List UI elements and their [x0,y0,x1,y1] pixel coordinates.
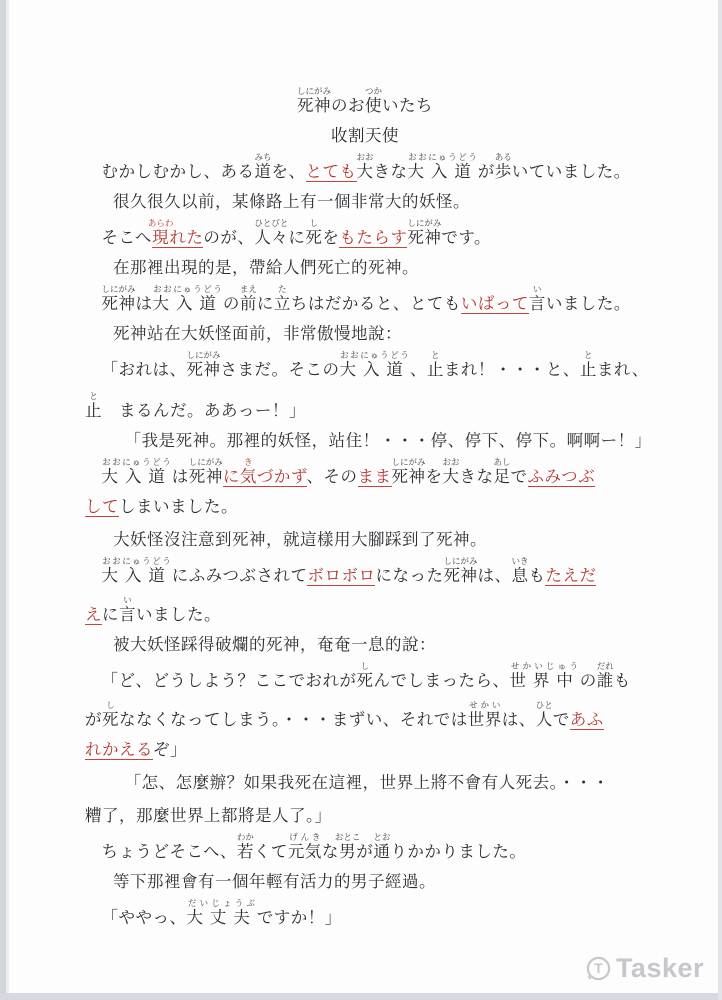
text-segment: 死神站在大妖怪面前，非常傲慢地說： [113,324,402,343]
text-segment: 死し [305,228,322,247]
text-segment: のお [331,96,365,115]
text-segment: を [426,467,443,486]
text-segment: 死神しにがみ [392,467,426,486]
highlighted-text: 現あらわ [152,228,170,248]
text-line-cn: 「怎、怎麼辦？如果我死在這裡，世界上將不會有人死去。・・・ [85,766,645,799]
text-segment: くて [254,842,288,861]
text-segment: 「我是死神。那裡的妖怪，站住！・・・停、停下、停下。啊啊ー！」 [125,431,652,450]
text-line-jp: 大入道おおにゅうどうにふみつぶされてボロボロになった死神しにがみは、息いきもたえ… [85,556,645,589]
text-segment: で [511,467,528,486]
text-segment: いました。 [136,605,221,624]
page-right-edge [718,0,722,1000]
page-bottom-edge [0,993,722,1000]
text-line-cn: 死神站在大妖怪面前，非常傲慢地說： [85,317,645,350]
text-segment: んでしまったら、 [374,671,510,690]
text-segment: も [614,671,631,690]
text-segment: 大入道おおにゅうどう [340,360,410,379]
highlighted-text: まま [358,467,392,487]
text-line-jp: が死しななくなってしまう。・・・まずい、それでは世界せかいは、人ひとであふ [85,700,645,733]
svg-text:T: T [594,961,603,976]
text-line-cn: 在那裡出現的是，帶給人們死亡的死神。 [85,251,645,284]
text-segment: きな [374,162,408,181]
text-segment: 死し [357,671,374,690]
highlighted-text: づかず [257,467,307,487]
text-segment: を [322,228,339,247]
highlighted-text: とても [306,162,357,182]
text-segment: は、 [477,566,511,585]
text-segment: 止と [580,360,597,379]
text-segment: は [172,467,189,486]
text-segment: の [580,671,597,690]
text-segment: 男おとこ [339,842,357,861]
text-segment: 死し [102,710,119,729]
text-segment: 元気げんき [288,842,322,861]
text-segment: 止と [427,360,444,379]
text-segment: いていました。 [512,162,631,181]
text-line-cn: 很久很久以前，某條路上有一個非常大的妖怪。 [85,185,645,218]
highlighted-text: もたらす [339,228,407,248]
text-segment: 大おお [443,467,460,486]
text-segment: に [257,294,274,313]
text-segment: 息いき [511,566,528,585]
text-line-jp: 止と まるんだ。ああっー！」 [85,391,645,424]
text-segment: 死神しにがみ [102,294,136,313]
highlighted-text: ふみつぶ [528,467,596,487]
text-segment: 人々ひとびと [254,228,288,247]
highlighted-text: れた [169,228,203,248]
highlighted-text: 気き [240,467,257,487]
text-segment: 、 [410,360,427,379]
text-segment: 誰だれ [597,671,614,690]
text-segment: 很久很久以前，某條路上有一個非常大的妖怪。 [113,192,470,211]
text-segment: さまだ。そこの [221,360,340,379]
text-segment: まれ！・・・と、 [444,360,580,379]
text-segment: 大おお [357,162,374,181]
text-line-jp: してしまいました。 [85,490,645,523]
text-segment: 「怎、怎麼辦？如果我死在這裡，世界上將不會有人死去。・・・ [125,773,610,792]
text-segment: ちょうどそこへ、 [102,842,237,861]
text-segment: 「おれは、 [102,360,187,379]
text-segment: いたち [382,96,433,115]
text-segment: ななくなってしまう。・・・まずい、それでは [119,710,468,729]
text-line-jp: 「おれは、死神しにがみさまだ。そこの大入道おおにゅうどう、止とまれ！・・・と、止… [85,350,645,383]
text-segment: 歩ある [495,162,512,181]
text-segment: 糟了，那麼世界上都將是人了。」 [85,806,332,825]
text-segment: きな [460,467,494,486]
text-segment: 死神しにがみ [297,96,331,115]
text-segment: は [136,294,153,313]
text-line-jp: そこへ現あらわれたのが、人々ひとびとに死しをもたらす死神しにがみです。 [85,218,645,251]
text-segment: です。 [441,228,491,247]
text-segment: 大入道おおにゅうどう [408,162,478,181]
text-line-jp: 「ややっ、大丈夫だいじょうぶですか！」 [85,898,645,931]
text-segment: 立た [274,294,291,313]
highlighted-text: して [85,497,119,517]
text-line-subtitle: 收割天使 [85,119,645,152]
text-segment: に [288,228,305,247]
text-segment: 死神しにがみ [189,467,223,486]
text-segment: 世界中せかいじゅう [510,671,580,690]
text-segment: 世界せかい [468,710,502,729]
text-segment: の [223,294,240,313]
text-line-jp: ちょうどそこへ、若わかくて元気げんきな男おとこが通とおりかかりました。 [85,832,645,865]
text-segment: 、その [307,467,358,486]
text-segment: 若わか [237,842,254,861]
text-segment: 大入道おおにゅうどう [102,467,172,486]
text-line-cn: 糟了，那麼世界上都將是人了。」 [85,799,645,832]
text-segment: が [85,710,102,729]
text-line-cn: 被大妖怪踩得破爛的死神，奄奄一息的說： [85,628,645,661]
text-segment: も [528,566,545,585]
text-segment: 大丈夫だいじょうぶ [187,908,257,927]
highlighted-text: れかえる [85,740,153,760]
text-line-jp: 大入道おおにゅうどうは死神しにがみに気きづかず、そのまま死神しにがみを大おおきな… [85,457,645,490]
highlighted-text: に [223,467,240,487]
text-segment: 被大妖怪踩得破爛的死神，奄奄一息的說： [113,635,436,654]
text-line-jp: 「ど、どうしよう？ここでおれが死しんでしまったら、世界中せかいじゅうの誰だれも [85,661,645,694]
watermark-label: Tasker [616,953,704,984]
text-segment: で [553,710,570,729]
text-segment: が [356,842,373,861]
text-line-jp: えに言いいました。 [85,595,645,628]
text-segment: しまいました。 [119,497,238,516]
watermark: T Tasker [585,953,704,984]
text-segment: 言い [119,605,136,624]
text-segment: まれ、 [597,360,649,379]
document-body: 死神しにがみのお使つかいたち收割天使むかしむかし、ある道みちを、とても大おおきな… [85,86,645,931]
text-segment: そこへ [102,228,152,247]
text-segment: に [102,605,119,624]
highlighted-text: いばって [461,294,529,314]
text-segment: 大入道おおにゅうどう [102,566,172,585]
text-segment: 前まえ [240,294,257,313]
text-line-jp: れかえるぞ」 [85,733,645,766]
text-segment: ぞ」 [153,740,187,759]
text-segment: ですか！」 [257,908,342,927]
text-segment: 死神しにがみ [407,228,441,247]
text-segment: が [478,162,495,181]
text-segment: 通とお [373,842,390,861]
text-segment: 「ややっ、 [102,908,187,927]
highlighted-text: ボロボロ [307,566,375,586]
highlighted-text: え [85,605,102,625]
highlighted-text: あふ [570,710,604,730]
document-page: 死神しにがみのお使つかいたち收割天使むかしむかし、ある道みちを、とても大おおきな… [0,0,722,1000]
text-segment: 止と [85,401,102,420]
text-segment: を、 [272,162,306,181]
tasker-logo-icon: T [585,955,612,982]
text-segment: むかしむかし、ある [102,162,255,181]
text-segment: 等下那裡會有一個年輕有活力的男子經過。 [113,872,436,891]
text-segment: 使つか [365,96,382,115]
text-segment: のが、 [203,228,254,247]
text-line-cn: 等下那裡會有一個年輕有活力的男子經過。 [85,865,645,898]
text-segment: ちはだかると、とても [291,294,461,313]
text-line-jp: 死神しにがみは大入道おおにゅうどうの前まえに立たちはだかると、とてもいばって言い… [85,284,645,317]
text-line-title: 死神しにがみのお使つかいたち [85,86,645,119]
text-segment: 死神しにがみ [187,360,221,379]
text-segment: は、 [502,710,536,729]
text-segment: 道みち [255,162,272,181]
text-segment: 大入道おおにゅうどう [153,294,223,313]
text-line-cn: 「我是死神。那裡的妖怪，站住！・・・停、停下、停下。啊啊ー！」 [85,424,645,457]
text-line-cn: 大妖怪沒注意到死神，就這樣用大腳踩到了死神。 [85,523,645,556]
page-left-edge-highlight [6,0,9,1000]
text-segment: いました。 [546,294,631,313]
text-segment: 收割天使 [331,126,399,145]
text-segment: 死神しにがみ [443,566,477,585]
text-segment: 人ひと [536,710,553,729]
text-segment: になった [375,566,443,585]
text-segment: りかかりました。 [390,842,526,861]
text-line-jp: むかしむかし、ある道みちを、とても大おおきな大入道おおにゅうどうが歩あるいていま… [85,152,645,185]
text-segment: 在那裡出現的是，帶給人們死亡的死神。 [113,258,419,277]
text-segment: 大妖怪沒注意到死神，就這樣用大腳踩到了死神。 [113,530,487,549]
text-segment: にふみつぶされて [172,566,308,585]
text-segment: 「ど、どうしよう？ここでおれが [102,671,357,690]
text-segment: 言い [529,294,546,313]
text-segment: まるんだ。ああっー！」 [102,401,306,420]
text-segment: 足あし [494,467,511,486]
highlighted-text: たえだ [545,566,596,586]
